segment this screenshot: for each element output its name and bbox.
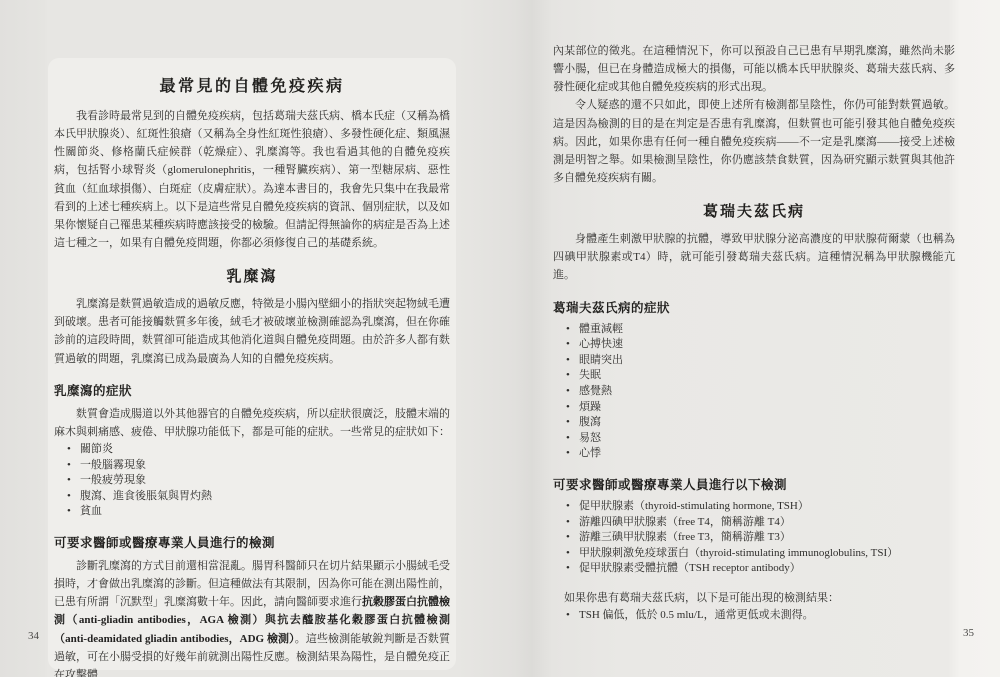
- list-item-label: 關節炎: [80, 443, 113, 455]
- celiac-symptoms-heading: 乳糜瀉的症狀: [54, 381, 450, 399]
- bullet-icon: •: [566, 546, 570, 562]
- list-item: •體重減輕: [553, 322, 955, 338]
- celiac-section-title: 乳糜瀉: [54, 265, 450, 286]
- list-item: •促甲狀腺素（thyroid-stimulating hormone, TSH）: [553, 499, 955, 515]
- bullet-icon: •: [566, 415, 570, 431]
- bullet-icon: •: [566, 322, 570, 338]
- list-item: •貧血: [54, 504, 450, 520]
- list-item: •腹瀉、進食後脹氣與胃灼熱: [54, 489, 450, 505]
- list-item: •易怒: [553, 431, 955, 447]
- celiac-tests-paragraph: 診斷乳糜瀉的方式目前還相當混亂。腸胃科醫師只在切片結果顯示小腸絨毛受損時，才會做…: [54, 557, 450, 677]
- continuation-paragraph: 令人疑惑的還不只如此，即使上述所有檢測都呈陰性，你仍可能對麩質過敏。這是因為檢測…: [553, 96, 955, 187]
- list-item: •煩躁: [553, 400, 955, 416]
- bullet-icon: •: [566, 337, 570, 353]
- list-item: •促甲狀腺素受體抗體（TSH receptor antibody）: [553, 561, 955, 577]
- list-item-label: 眼睛突出: [579, 354, 623, 366]
- list-item: •腹瀉: [553, 415, 955, 431]
- list-item-label: 心搏快速: [579, 338, 623, 350]
- bullet-icon: •: [566, 561, 570, 577]
- graves-tests-list: •促甲狀腺素（thyroid-stimulating hormone, TSH）…: [553, 499, 955, 577]
- list-item-label: 甲狀腺刺激免疫球蛋白（thyroid-stimulating immunoglo…: [579, 547, 898, 559]
- list-item: •一般腦霧現象: [54, 458, 450, 474]
- list-item: •游離三碘甲狀腺素（free T3，簡稱游離 T3）: [553, 530, 955, 546]
- graves-symptoms-heading: 葛瑞夫茲氏病的症狀: [553, 298, 955, 316]
- list-item-label: 貧血: [80, 505, 102, 517]
- list-item: •一般疲勞現象: [54, 473, 450, 489]
- right-page-content: 內某部位的徵兆。在這種情況下，你可以預設自己已患有早期乳糜瀉，雖然尚未影響小腸，…: [553, 42, 955, 626]
- list-item-label: 感覺熱: [579, 385, 612, 397]
- list-item-label: 體重減輕: [579, 323, 623, 335]
- featured-section-box: 最常見的自體免疫疾病 我看診時最常見到的自體免疫疾病，包括葛瑞夫茲氏病、橋本氏症…: [48, 58, 456, 670]
- bullet-icon: •: [67, 489, 71, 505]
- list-item: •心搏快速: [553, 337, 955, 353]
- graves-results-lead: 如果你患有葛瑞夫茲氏病，以下是可能出現的檢測結果：: [553, 589, 955, 607]
- list-item-label: 一般腦霧現象: [80, 459, 146, 471]
- graves-section-title: 葛瑞夫茲氏病: [553, 200, 955, 221]
- list-item: •TSH 偏低，低於 0.5 mlu/L，通常更低或未測得。: [553, 608, 955, 624]
- bullet-icon: •: [566, 499, 570, 515]
- celiac-tests-heading: 可要求醫師或醫療專業人員進行的檢測: [54, 533, 450, 551]
- list-item-label: 腹瀉、進食後脹氣與胃灼熱: [80, 490, 212, 502]
- bullet-icon: •: [566, 446, 570, 462]
- list-item-label: 腹瀉: [579, 416, 601, 428]
- list-item-label: 促甲狀腺素受體抗體（TSH receptor antibody）: [579, 562, 801, 574]
- celiac-symptoms-list: •關節炎 •一般腦霧現象 •一般疲勞現象 •腹瀉、進食後脹氣與胃灼熱 •貧血: [54, 442, 450, 520]
- list-item: •關節炎: [54, 442, 450, 458]
- graves-intro-paragraph: 身體產生刺激甲狀腺的抗體，導致甲狀腺分泌高濃度的甲狀腺荷爾蒙（也稱為四碘甲狀腺素…: [553, 230, 955, 284]
- bullet-icon: •: [566, 384, 570, 400]
- list-item-label: TSH 偏低，低於 0.5 mlu/L，通常更低或未測得。: [579, 609, 814, 621]
- bullet-icon: •: [67, 458, 71, 474]
- list-item: •游離四碘甲狀腺素（free T4，簡稱游離 T4）: [553, 515, 955, 531]
- list-item-label: 失眠: [579, 369, 601, 381]
- bullet-icon: •: [566, 353, 570, 369]
- bullet-icon: •: [566, 368, 570, 384]
- page-number-left: 34: [28, 630, 39, 642]
- graves-results-list: •TSH 偏低，低於 0.5 mlu/L，通常更低或未測得。: [553, 608, 955, 624]
- list-item-label: 游離四碘甲狀腺素（free T4，簡稱游離 T4）: [579, 516, 791, 528]
- list-item-label: 促甲狀腺素（thyroid-stimulating hormone, TSH）: [579, 500, 809, 512]
- continuation-paragraph: 內某部位的徵兆。在這種情況下，你可以預設自己已患有早期乳糜瀉，雖然尚未影響小腸，…: [553, 42, 955, 96]
- list-item-label: 煩躁: [579, 401, 601, 413]
- list-item: •失眠: [553, 368, 955, 384]
- graves-tests-heading: 可要求醫師或醫療專業人員進行以下檢測: [553, 475, 955, 493]
- bullet-icon: •: [566, 608, 570, 624]
- list-item-label: 心悸: [579, 447, 601, 459]
- intro-paragraph: 我看診時最常見到的自體免疫疾病，包括葛瑞夫茲氏病、橋本氏症（又稱為橋本氏甲狀腺炎…: [54, 107, 450, 252]
- bullet-icon: •: [566, 530, 570, 546]
- bullet-icon: •: [566, 515, 570, 531]
- bullet-icon: •: [67, 442, 71, 458]
- celiac-intro-paragraph: 乳糜瀉是麩質過敏造成的過敏反應，特徵是小腸內壁細小的指狀突起物絨毛遭到破壞。患者…: [54, 295, 450, 368]
- box-title: 最常見的自體免疫疾病: [54, 73, 450, 96]
- bullet-icon: •: [67, 473, 71, 489]
- list-item: •心悸: [553, 446, 955, 462]
- list-item: •甲狀腺刺激免疫球蛋白（thyroid-stimulating immunogl…: [553, 546, 955, 562]
- bullet-icon: •: [566, 400, 570, 416]
- list-item-label: 游離三碘甲狀腺素（free T3，簡稱游離 T3）: [579, 531, 791, 543]
- graves-symptoms-list: •體重減輕 •心搏快速 •眼睛突出 •失眠 •感覺熱 •煩躁 •腹瀉 •易怒 •…: [553, 322, 955, 462]
- list-item: •眼睛突出: [553, 353, 955, 369]
- list-item-label: 一般疲勞現象: [80, 474, 146, 486]
- list-item: •感覺熱: [553, 384, 955, 400]
- bullet-icon: •: [67, 504, 71, 520]
- celiac-symptoms-lead: 麩質會造成腸道以外其他器官的自體免疫疾病，所以症狀很廣泛，肢體末端的麻木與刺痛感…: [54, 405, 450, 441]
- page-number-right: 35: [963, 627, 974, 639]
- bullet-icon: •: [566, 431, 570, 447]
- list-item-label: 易怒: [579, 432, 601, 444]
